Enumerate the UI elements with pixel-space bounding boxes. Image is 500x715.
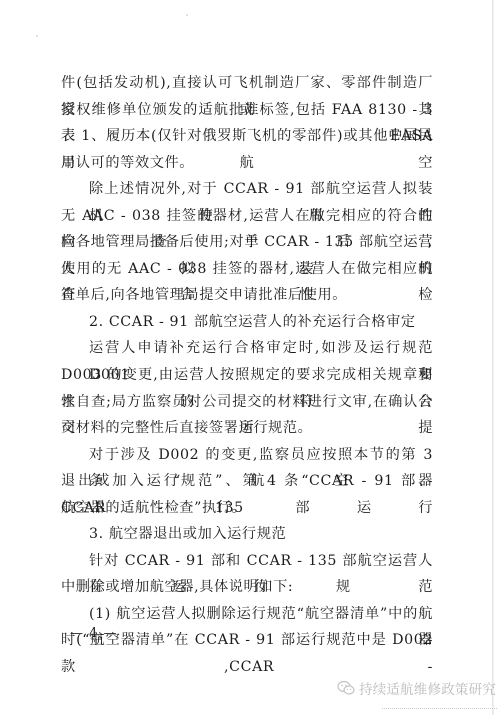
paragraph-start: 针对 CCAR - 91 部和 CCAR - 135 部航空运营人在运行规范: [61, 548, 433, 575]
section-heading: 2. CCAR - 91 部航空运营人的补充运行合格审定: [61, 309, 433, 336]
text-line: 退出或加入运行规范”、第 4 条“CCAR - 91 部、CCAR - 135 …: [61, 468, 433, 495]
section-heading: 3. 航空器退出或加入运行规范: [61, 521, 433, 548]
document-body: 件(包括发动机),直接认可飞机制造厂家、零部件制造厂家或其 授权维修单位颁发的适…: [61, 70, 433, 654]
scan-speck: [36, 35, 38, 37]
scan-speck: [186, 14, 188, 16]
text-line: 件(包括发动机),直接认可飞机制造厂家、零部件制造厂家或其: [61, 70, 433, 97]
page-edge: [492, 0, 494, 715]
text-line: 无 AAC - 038 挂签的器材,运营人在做完相应的符合性检查单后,: [61, 203, 433, 230]
text-line: 向各地管理局报备后使用;对于 CCAR - 135 部航空运营人拟装机: [61, 229, 433, 256]
page-number: — 4 —: [70, 626, 118, 641]
text-line: 性自查;局方监察员对公司提交的材料进行文审,在确认公司所提: [61, 389, 433, 416]
paragraph-start: 运营人申请补充运行合格审定时,如涉及运行规范 D001 和: [61, 335, 433, 362]
paragraph-start: 除上述情况外,对于 CCAR - 91 部航空运营人拟装机使用的: [61, 176, 433, 203]
watermark: 持续适航维修政策研究: [337, 678, 496, 698]
wechat-icon: [337, 680, 355, 696]
footer-dotted-rule: [382, 708, 497, 710]
list-item-start: (1) 航空运营人拟删除运行规范“航空器清单”中的航空器: [61, 601, 433, 628]
text-line: 授权维修单位颁发的适航批准标签,包括 FAA 8130 - 3 表、EASA: [61, 97, 433, 124]
watermark-text: 持续适航维修政策研究: [359, 678, 496, 698]
text-line: 表 1、履历本(仅针对俄罗斯飞机的零部件)或其他中国民用航空: [61, 123, 433, 150]
text-line: 使用的无 AAC - 038 挂签的器材,运营人在做完相应的符合性检: [61, 256, 433, 283]
text-line: D003 的变更,由运营人按照规定的要求完成相关规章要求的符合: [61, 362, 433, 389]
paragraph-start: 对于涉及 D002 的变更,监察员应按照本节的第 3 条“航空器: [61, 442, 433, 469]
